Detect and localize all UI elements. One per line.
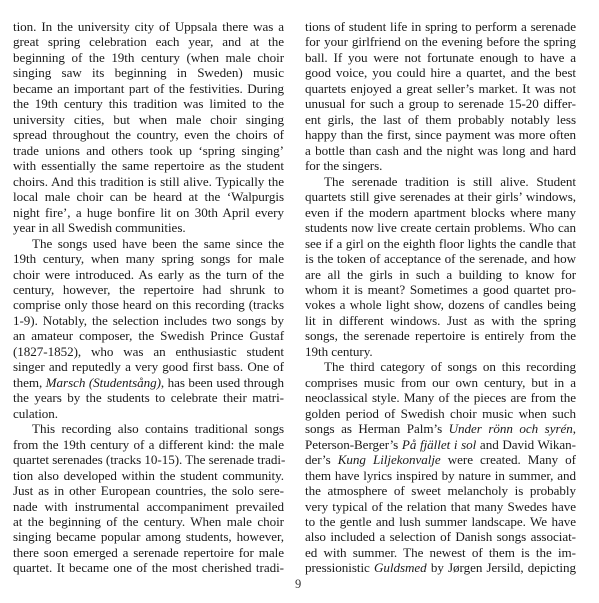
text-line: The third category of songs on this reco… — [305, 359, 576, 374]
text-line: the atmosphere of sweet melancholy is pr… — [305, 483, 576, 498]
text-line: songs, the serenade repertoire is entire… — [305, 328, 576, 343]
text-line: from the 19th century of a different kin… — [13, 437, 284, 452]
text-line: (1827-1852), who was an enthusiastic stu… — [13, 344, 284, 359]
text-line: lit in different windows. Just as with t… — [305, 313, 576, 328]
text-line: university cities, but when male choir s… — [13, 112, 284, 127]
text-segment: , has been used through — [161, 375, 284, 390]
italic-title: På fjället i sol — [402, 437, 476, 452]
text-segment: and David Wikan- — [476, 437, 576, 452]
text-line: for the singers. — [305, 158, 576, 173]
text-segment: pressionistic — [305, 560, 374, 575]
text-line: choirs. And this tradition is still aliv… — [13, 174, 284, 189]
text-line: whom it is meant? Sometimes a good quart… — [305, 282, 576, 297]
text-line: der’s Kung Liljekonvalje were created. M… — [305, 452, 576, 467]
text-line: very typical of the relation that many S… — [305, 499, 576, 514]
left-text-column: tion. In the university city of Uppsala … — [13, 19, 284, 576]
text-segment: by Jørgen Jersild, depicting — [427, 560, 576, 575]
text-line: quartets still give serenades at their g… — [305, 189, 576, 204]
text-line: tion also developed within the student c… — [13, 468, 284, 483]
text-line: students now live create certain problem… — [305, 220, 576, 235]
text-line: 19th century, when many spring songs for… — [13, 251, 284, 266]
text-line: to the gentle and lush summer landscape.… — [305, 514, 576, 529]
text-line: ball. If you were not fortunate enough t… — [305, 50, 576, 65]
text-line: with essentially the same repertoire as … — [13, 158, 284, 173]
text-segment: Peterson-Berger’s — [305, 437, 402, 452]
italic-title: Kung Liljekonvalje — [338, 452, 441, 467]
text-line: neoclassical style. Many of the pieces a… — [305, 390, 576, 405]
text-line: unusual for such a group to serenade 15-… — [305, 96, 576, 111]
text-line: a bottle than cash and the night was lon… — [305, 143, 576, 158]
text-line: also included a selection of Danish song… — [305, 529, 576, 544]
text-line: local male choir can be heard at the ‘Wa… — [13, 189, 284, 204]
text-line: quartet. It became one of the most cheri… — [13, 560, 284, 575]
text-segment: , — [573, 421, 576, 436]
text-line: even if the modern apartment blocks wher… — [305, 205, 576, 220]
text-line: nade with instrumental accompaniment pre… — [13, 499, 284, 514]
text-line: great spring celebration each year, and … — [13, 34, 284, 49]
text-line: golden period of Swedish choir music whe… — [305, 406, 576, 421]
text-line: quartet serenades (tracks 10-15). The se… — [13, 452, 284, 467]
text-line: them, Marsch (Studentsång), has been use… — [13, 375, 284, 390]
text-line: are all the girls in such a building to … — [305, 267, 576, 282]
text-line: year in all Swedish communities. — [13, 220, 284, 235]
text-line: ed with summer. The newest of them is th… — [305, 545, 576, 560]
text-line: there soon emerged a serenade repertoire… — [13, 545, 284, 560]
text-line: singing saw its beginning in Sweden) mus… — [13, 65, 284, 80]
text-line: The songs used have been the same since … — [13, 236, 284, 251]
text-segment: were created. Many of — [441, 452, 576, 467]
text-segment: them, — [13, 375, 46, 390]
text-line: pressionistic Guldsmed by Jørgen Jersild… — [305, 560, 576, 575]
text-line: at the beginning of the century. When ma… — [13, 514, 284, 529]
text-line: them have lyrics inspired by nature in s… — [305, 468, 576, 483]
text-line: became an important part of the festivit… — [13, 81, 284, 96]
text-line: singer and reputedly a very good first b… — [13, 359, 284, 374]
text-line: culation. — [13, 406, 284, 421]
text-line: Peterson-Berger’s På fjället i sol and D… — [305, 437, 576, 452]
text-line: night fire’, a huge bonfire lit on 30th … — [13, 205, 284, 220]
text-line: good voice, you could hire a quartet, an… — [305, 65, 576, 80]
text-segment: songs as Herman Palm’s — [305, 421, 449, 436]
italic-title: Marsch (Studentsång) — [46, 375, 161, 390]
text-line: an amateur composer, the Swedish Prince … — [13, 328, 284, 343]
text-line: vokes a whole light show, dozens of cand… — [305, 297, 576, 312]
text-line: spread throughout the country, even the … — [13, 127, 284, 142]
page-number: 9 — [295, 577, 301, 592]
text-line: comprise only those heard on this record… — [13, 297, 284, 312]
text-line: tions of student life in spring to perfo… — [305, 19, 576, 34]
text-line: 1-9). Notably, the selection includes tw… — [13, 313, 284, 328]
text-line: tion. In the university city of Uppsala … — [13, 19, 284, 34]
document-page: tion. In the university city of Uppsala … — [0, 0, 599, 603]
text-line: happy than the first, since payment was … — [305, 127, 576, 142]
text-line: quartets enjoyed a great seller’s market… — [305, 81, 576, 96]
text-line: century, however, the repertoire had shr… — [13, 282, 284, 297]
text-segment: der’s — [305, 452, 338, 467]
text-line: ent girls, the last of them probably not… — [305, 112, 576, 127]
text-line: the years by the students to celebrate t… — [13, 390, 284, 405]
text-line: trade unions and others took up ‘spring … — [13, 143, 284, 158]
text-line: Just as in other European countries, the… — [13, 483, 284, 498]
text-line: 19th century. — [305, 344, 576, 359]
italic-title: Under rönn och syrén — [449, 421, 573, 436]
text-line: is the token of acceptance of the serena… — [305, 251, 576, 266]
text-line: for your girlfriend on the evening befor… — [305, 34, 576, 49]
right-text-column: tions of student life in spring to perfo… — [305, 19, 576, 576]
text-line: This recording also contains traditional… — [13, 421, 284, 436]
text-line: The serenade tradition is still alive. S… — [305, 174, 576, 189]
text-line: beginning of the 19th century (when male… — [13, 50, 284, 65]
text-line: comprises music from our own century, bu… — [305, 375, 576, 390]
text-line: choir were introduced. As early as the t… — [13, 267, 284, 282]
text-line: singing became popular among students, h… — [13, 529, 284, 544]
italic-title: Guldsmed — [374, 560, 427, 575]
text-line: songs as Herman Palm’s Under rönn och sy… — [305, 421, 576, 436]
text-line: see if a girl on the eighth floor lights… — [305, 236, 576, 251]
text-line: the 19th century this tradition was limi… — [13, 96, 284, 111]
